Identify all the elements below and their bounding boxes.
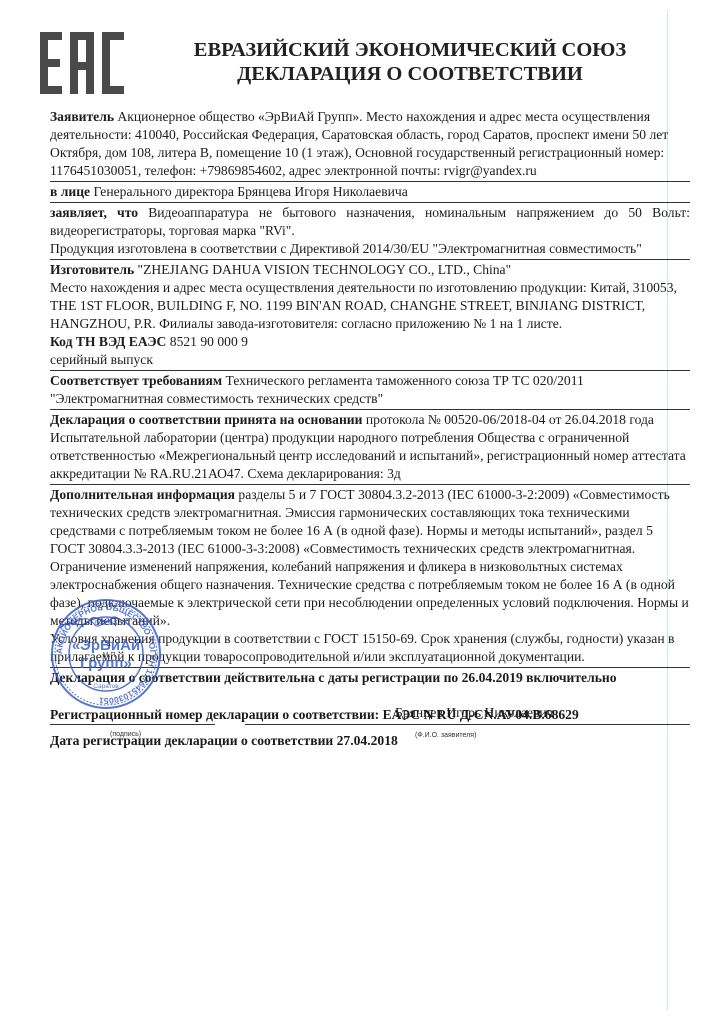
conforms-label: Соответствует требованиям	[50, 373, 222, 388]
signature-line	[50, 724, 215, 725]
union-title: ЕВРАЗИЙСКИЙ ЭКОНОМИЧЕСКИЙ СОЮЗ	[150, 38, 670, 62]
registration-number: Регистрационный номер декларации о соотв…	[50, 707, 690, 723]
declares-section: заявляет, что Видеоаппаратура не бытовог…	[50, 204, 690, 260]
represented-label: в лице	[50, 184, 90, 199]
manufacturer-address: Место нахождения и адрес места осуществл…	[50, 279, 690, 333]
name-line	[245, 724, 690, 725]
declaration-title: ДЕКЛАРАЦИЯ О СООТВЕТСТВИИ	[150, 62, 670, 86]
declares-text: Видеоаппаратура не бытового назначения, …	[50, 205, 690, 238]
eac-mark-icon	[40, 32, 130, 94]
manufacturer-label: Изготовитель	[50, 262, 134, 277]
represented-section: в лице Генерального директора Брянцева И…	[50, 183, 690, 203]
hs-code-label: Код ТН ВЭД ЕАЭС	[50, 334, 166, 349]
declares-label: заявляет, что	[50, 205, 138, 220]
additional-label: Дополнительная информация	[50, 487, 235, 502]
applicant-section: Заявитель Акционерное общество «ЭрВиАй Г…	[50, 108, 690, 182]
directive-text: Продукция изготовлена в соответствии с Д…	[50, 240, 690, 258]
hs-code-value: 8521 90 000 9	[166, 334, 248, 349]
conforms-section: Соответствует требованиям Технического р…	[50, 372, 690, 410]
represented-text: Генерального директора Брянцева Игоря Ни…	[90, 184, 408, 199]
eac-logo	[40, 32, 130, 94]
manufacturer-name: "ZHEJIANG DAHUA VISION TECHNOLOGY CO., L…	[134, 262, 511, 277]
stamp-seal-icon: АКЦИОНЕРНОЕ ОБЩЕСТВО • ОГРН 117645103005…	[50, 598, 162, 710]
applicant-text: Акционерное общество «ЭрВиАй Групп». Мес…	[50, 109, 668, 178]
manufacturer-section: Изготовитель "ZHEJIANG DAHUA VISION TECH…	[50, 261, 690, 371]
basis-label: Декларация о соответствии принята на осн…	[50, 412, 362, 427]
company-stamp: АКЦИОНЕРНОЕ ОБЩЕСТВО • ОГРН 117645103005…	[50, 598, 162, 710]
stamp-mp: М.П.	[103, 652, 118, 659]
stamp-city: Саратов	[93, 683, 119, 690]
basis-section: Декларация о соответствии принята на осн…	[50, 411, 690, 485]
document-header: ЕВРАЗИЙСКИЙ ЭКОНОМИЧЕСКИЙ СОЮЗ ДЕКЛАРАЦИ…	[150, 38, 670, 86]
registration-date: Дата регистрации декларации о соответств…	[50, 733, 690, 749]
release-type: серийный выпуск	[50, 351, 690, 369]
applicant-label: Заявитель	[50, 109, 114, 124]
